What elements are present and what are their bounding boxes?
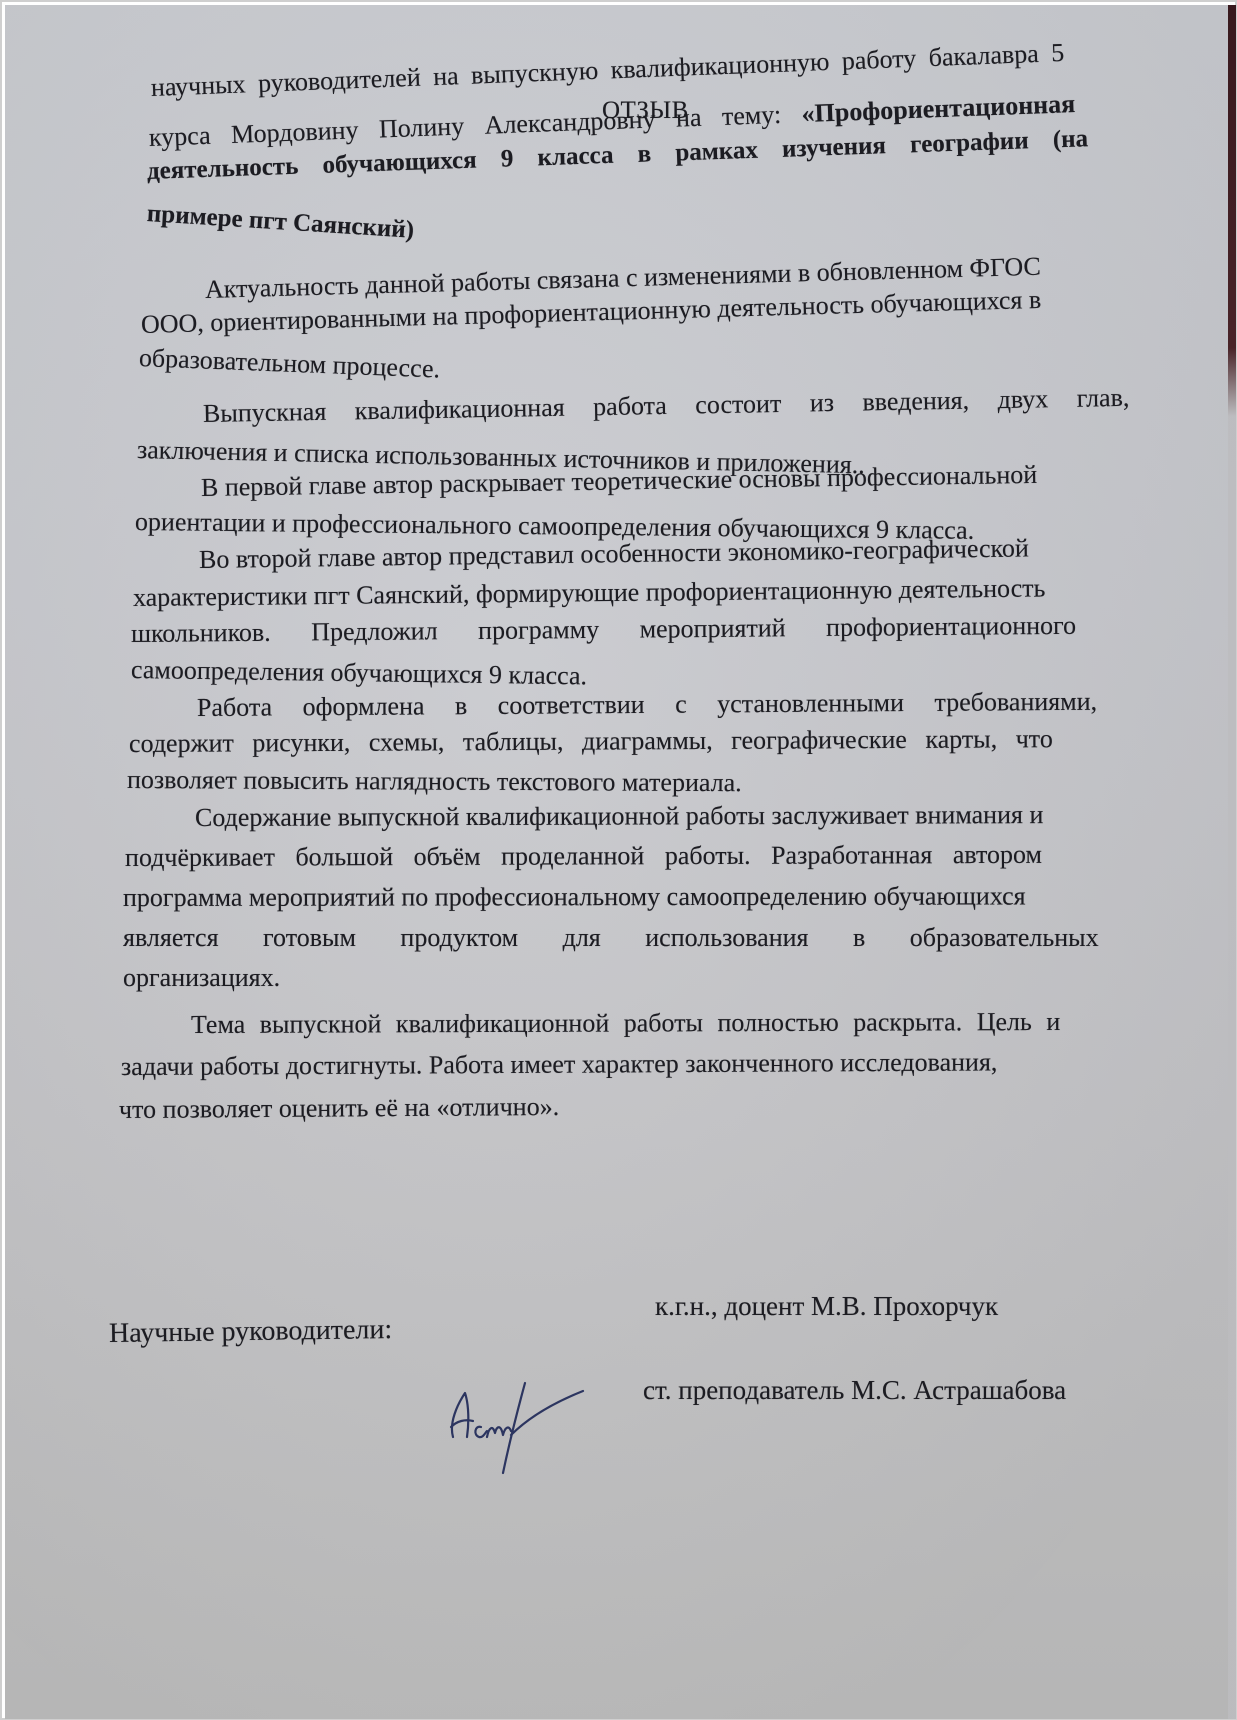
paragraph-4-line-1: Во второй главе автор представил особенн… — [199, 533, 1029, 575]
paragraph-5-line-3-text: позволяет повысить наглядность текстовог… — [127, 765, 742, 797]
paragraph-4-line-3-text: школьников. Предложил программу мероприя… — [131, 611, 1076, 649]
paragraph-4-line-2-text: характеристики пгт Саянский, формирующие… — [133, 573, 1046, 612]
supervisor-2-text: ст. преподаватель М.С. Астрашабова — [643, 1375, 1066, 1405]
review-document: ОТЗЫВ научных руководителей на выпускную… — [5, 5, 1236, 1719]
paragraph-5-line-2-text: содержит рисунки, схемы, таблицы, диагра… — [129, 724, 1053, 758]
supervisor-1-text: к.г.н., доцент М.В. Прохорчук — [655, 1291, 998, 1321]
paragraph-2-line-1: Выпускная квалификационная работа состои… — [203, 382, 1163, 429]
supervisors-label: Научные руководители: — [109, 1315, 393, 1349]
paragraph-7-line-1-text: Тема выпускной квалификационной работы п… — [191, 1007, 1060, 1039]
paragraph-6-line-2: подчёркивает большой объём проделанной р… — [125, 840, 1042, 873]
paragraph-6-line-3-text: программа мероприятий по профессионально… — [123, 881, 1026, 912]
paragraph-6-line-3: программа мероприятий по профессионально… — [123, 881, 1026, 913]
paragraph-5-line-3: позволяет повысить наглядность текстовог… — [127, 765, 742, 798]
paragraph-6-line-1-text: Содержание выпускной квалификационной ра… — [195, 800, 1043, 832]
paragraph-4-line-1-text: Во второй главе автор представил особенн… — [199, 533, 1029, 574]
supervisors-label-text: Научные руководители: — [109, 1314, 393, 1349]
paragraph-6-line-4-text: является готовым продуктом для использов… — [123, 923, 1099, 952]
header-line-2-bold: «Профориентационная — [801, 89, 1076, 128]
paragraph-7-line-3: что позволяет оценить её на «отлично». — [119, 1092, 559, 1125]
paragraph-6-line-5-text: организациях. — [123, 963, 280, 992]
paragraph-4-line-2: характеристики пгт Саянский, формирующие… — [133, 573, 1046, 613]
header-line-1-text: научных руководителей на выпускную квали… — [150, 38, 1064, 103]
paragraph-2-line-1-text: Выпускная квалификационная работа состои… — [203, 383, 1130, 429]
supervisor-2: ст. преподаватель М.С. Астрашабова — [643, 1375, 1066, 1405]
header-line-4-text: примере пгт Саянский) — [146, 200, 415, 244]
image-frame: ОТЗЫВ научных руководителей на выпускную… — [0, 0, 1237, 1720]
paragraph-1-line-3-text: образовательном процессе. — [138, 343, 440, 384]
paragraph-7-line-3-text: что позволяет оценить её на «отлично». — [119, 1092, 559, 1124]
paragraph-5-line-2: содержит рисунки, схемы, таблицы, диагра… — [129, 724, 1053, 759]
paragraph-7-line-1: Тема выпускной квалификационной работы п… — [191, 1007, 1060, 1040]
paragraph-6-line-5: организациях. — [123, 963, 280, 993]
paragraph-6-line-2-text: подчёркивает большой объём проделанной р… — [125, 840, 1042, 872]
paragraph-7-line-2: задачи работы достигнуты. Работа имеет х… — [121, 1047, 998, 1082]
handwritten-signature-icon — [445, 1375, 595, 1485]
supervisor-1: к.г.н., доцент М.В. Прохорчук — [655, 1291, 998, 1321]
paragraph-1-line-3: образовательном процессе. — [138, 343, 440, 385]
header-line-4: примере пгт Саянский) — [146, 199, 415, 246]
paragraph-4-line-4-text: самоопределения обучающихся 9 класса. — [131, 655, 587, 690]
paragraph-5-line-1: Работа оформлена в соответствии с устано… — [197, 687, 1097, 723]
paragraph-7-line-2-text: задачи работы достигнуты. Работа имеет х… — [121, 1047, 998, 1081]
paragraph-5-line-1-text: Работа оформлена в соответствии с устано… — [197, 687, 1097, 722]
document-photo: ОТЗЫВ научных руководителей на выпускную… — [5, 5, 1236, 1719]
paragraph-4-line-4: самоопределения обучающихся 9 класса. — [131, 655, 587, 691]
paragraph-4-line-3: школьников. Предложил программу мероприя… — [131, 610, 1181, 649]
paragraph-6-line-1: Содержание выпускной квалификационной ра… — [195, 800, 1043, 833]
paragraph-6-line-4: является готовым продуктом для использов… — [123, 923, 1099, 953]
